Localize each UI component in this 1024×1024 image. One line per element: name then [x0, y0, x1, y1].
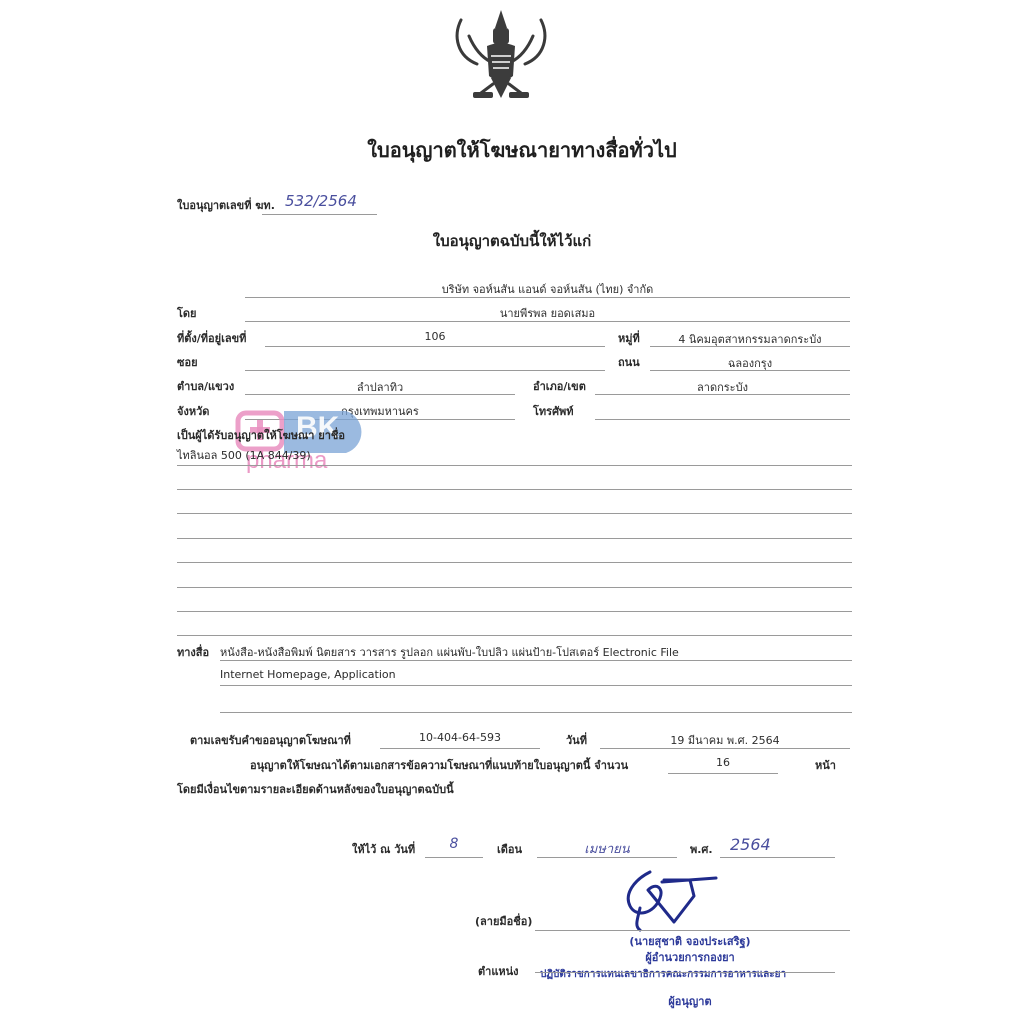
subdistrict-label: ตำบล/แขวง [177, 377, 234, 395]
media-underline-1 [220, 660, 852, 661]
signature-scribble-icon [620, 868, 730, 934]
ruled-line [177, 465, 852, 466]
district-line [595, 394, 850, 395]
address-label: ที่ตั้ง/ที่อยู่เลขที่ [177, 329, 246, 347]
moo-line [650, 346, 850, 347]
ruled-line [177, 538, 852, 539]
issue-month-value: เมษายน [537, 838, 677, 859]
media-label: ทางสื่อ [177, 643, 209, 661]
issue-year-value: 2564 [730, 835, 771, 854]
ruled-line [177, 562, 852, 563]
pages-unit: หน้า [815, 756, 836, 774]
license-number-label: ใบอนุญาตเลขที่ ฆท. [177, 196, 275, 214]
road-label: ถนน [618, 353, 640, 371]
company-line [245, 297, 850, 298]
issue-day-line [425, 857, 483, 858]
request-number-value: 10-404-64-593 [380, 731, 540, 744]
issue-month-label: เดือน [497, 840, 522, 858]
signature-line [535, 930, 850, 931]
signer-title: ผู้อำนวยการกองยา [540, 948, 840, 966]
moo-label: หมู่ที่ [618, 329, 640, 347]
media-underline-3 [220, 712, 852, 713]
district-label: อำเภอ/เขต [533, 377, 586, 395]
issue-given-label: ให้ไว้ ณ วันที่ [352, 840, 415, 858]
soi-label: ซอย [177, 353, 198, 371]
position-value: ปฏิบัติราชการแทนเลขาธิการคณะกรรมการอาหาร… [540, 967, 786, 982]
media-underline-2 [220, 685, 852, 686]
signer-role: ผู้อนุญาต [540, 992, 840, 1010]
issue-year-label: พ.ศ. [690, 840, 713, 858]
ruled-line [177, 635, 852, 636]
request-date-value: 19 มีนาคม พ.ศ. 2564 [600, 731, 850, 749]
issue-year-line [720, 857, 835, 858]
soi-line [245, 370, 605, 371]
address-line [265, 346, 605, 347]
drug-value: ไทลินอล 500 (1A 844/39) [177, 446, 311, 464]
by-line [245, 321, 850, 322]
issue-month-line [537, 857, 677, 858]
pages-line [668, 773, 778, 774]
license-number-value: 532/2564 [285, 192, 357, 210]
company-name: บริษัท จอห์นสัน แอนด์ จอห์นสัน (ไทย) จำก… [245, 280, 850, 298]
request-number-line [380, 748, 540, 749]
request-date-line [600, 748, 850, 749]
request-number-label: ตามเลขรับคำขออนุญาตโฆษณาที่ [190, 731, 351, 749]
ruled-line [177, 513, 852, 514]
ruled-line [177, 611, 852, 612]
ruled-line [177, 489, 852, 490]
media-line-1: หนังสือ-หนังสือพิมพ์ นิตยสาร วารสาร รูปล… [220, 643, 679, 661]
document-title: ใบอนุญาตให้โฆษณายาทางสื่อทั่วไป [0, 134, 1024, 166]
address-value: 106 [265, 330, 605, 343]
garuda-emblem-icon [447, 6, 555, 110]
drug-label: เป็นผู้ได้รับอนุญาตให้โฆษณา ยาชื่อ [177, 426, 345, 444]
phone-label: โทรศัพท์ [533, 402, 574, 420]
license-number-line [262, 214, 377, 215]
media-line-2: Internet Homepage, Application [220, 668, 396, 681]
ruled-line [177, 587, 852, 588]
position-line [535, 972, 835, 973]
bk-pharma-watermark-logo: BK pharma [234, 409, 374, 481]
province-label: จังหวัด [177, 402, 209, 420]
pages-value: 16 [668, 756, 778, 769]
by-value: นายพีรพล ยอดเสมอ [245, 304, 850, 322]
position-label: ตำแหน่ง [478, 962, 519, 980]
phone-line [595, 419, 850, 420]
conditions-text: โดยมีเงื่อนไขตามรายละเอียดด้านหลังของใบอ… [177, 780, 454, 798]
by-label: โดย [177, 304, 197, 322]
road-line [650, 370, 850, 371]
signature-label: (ลายมือชื่อ) [475, 912, 532, 930]
request-date-label: วันที่ [566, 731, 587, 749]
allow-text: อนุญาตให้โฆษณาได้ตามเอกสารข้อความโฆษณาที… [250, 756, 628, 774]
subdistrict-line [245, 394, 515, 395]
document-subtitle: ใบอนุญาตฉบับนี้ให้ไว้แก่ [0, 229, 1024, 253]
issue-day-value: 8 [425, 836, 483, 852]
